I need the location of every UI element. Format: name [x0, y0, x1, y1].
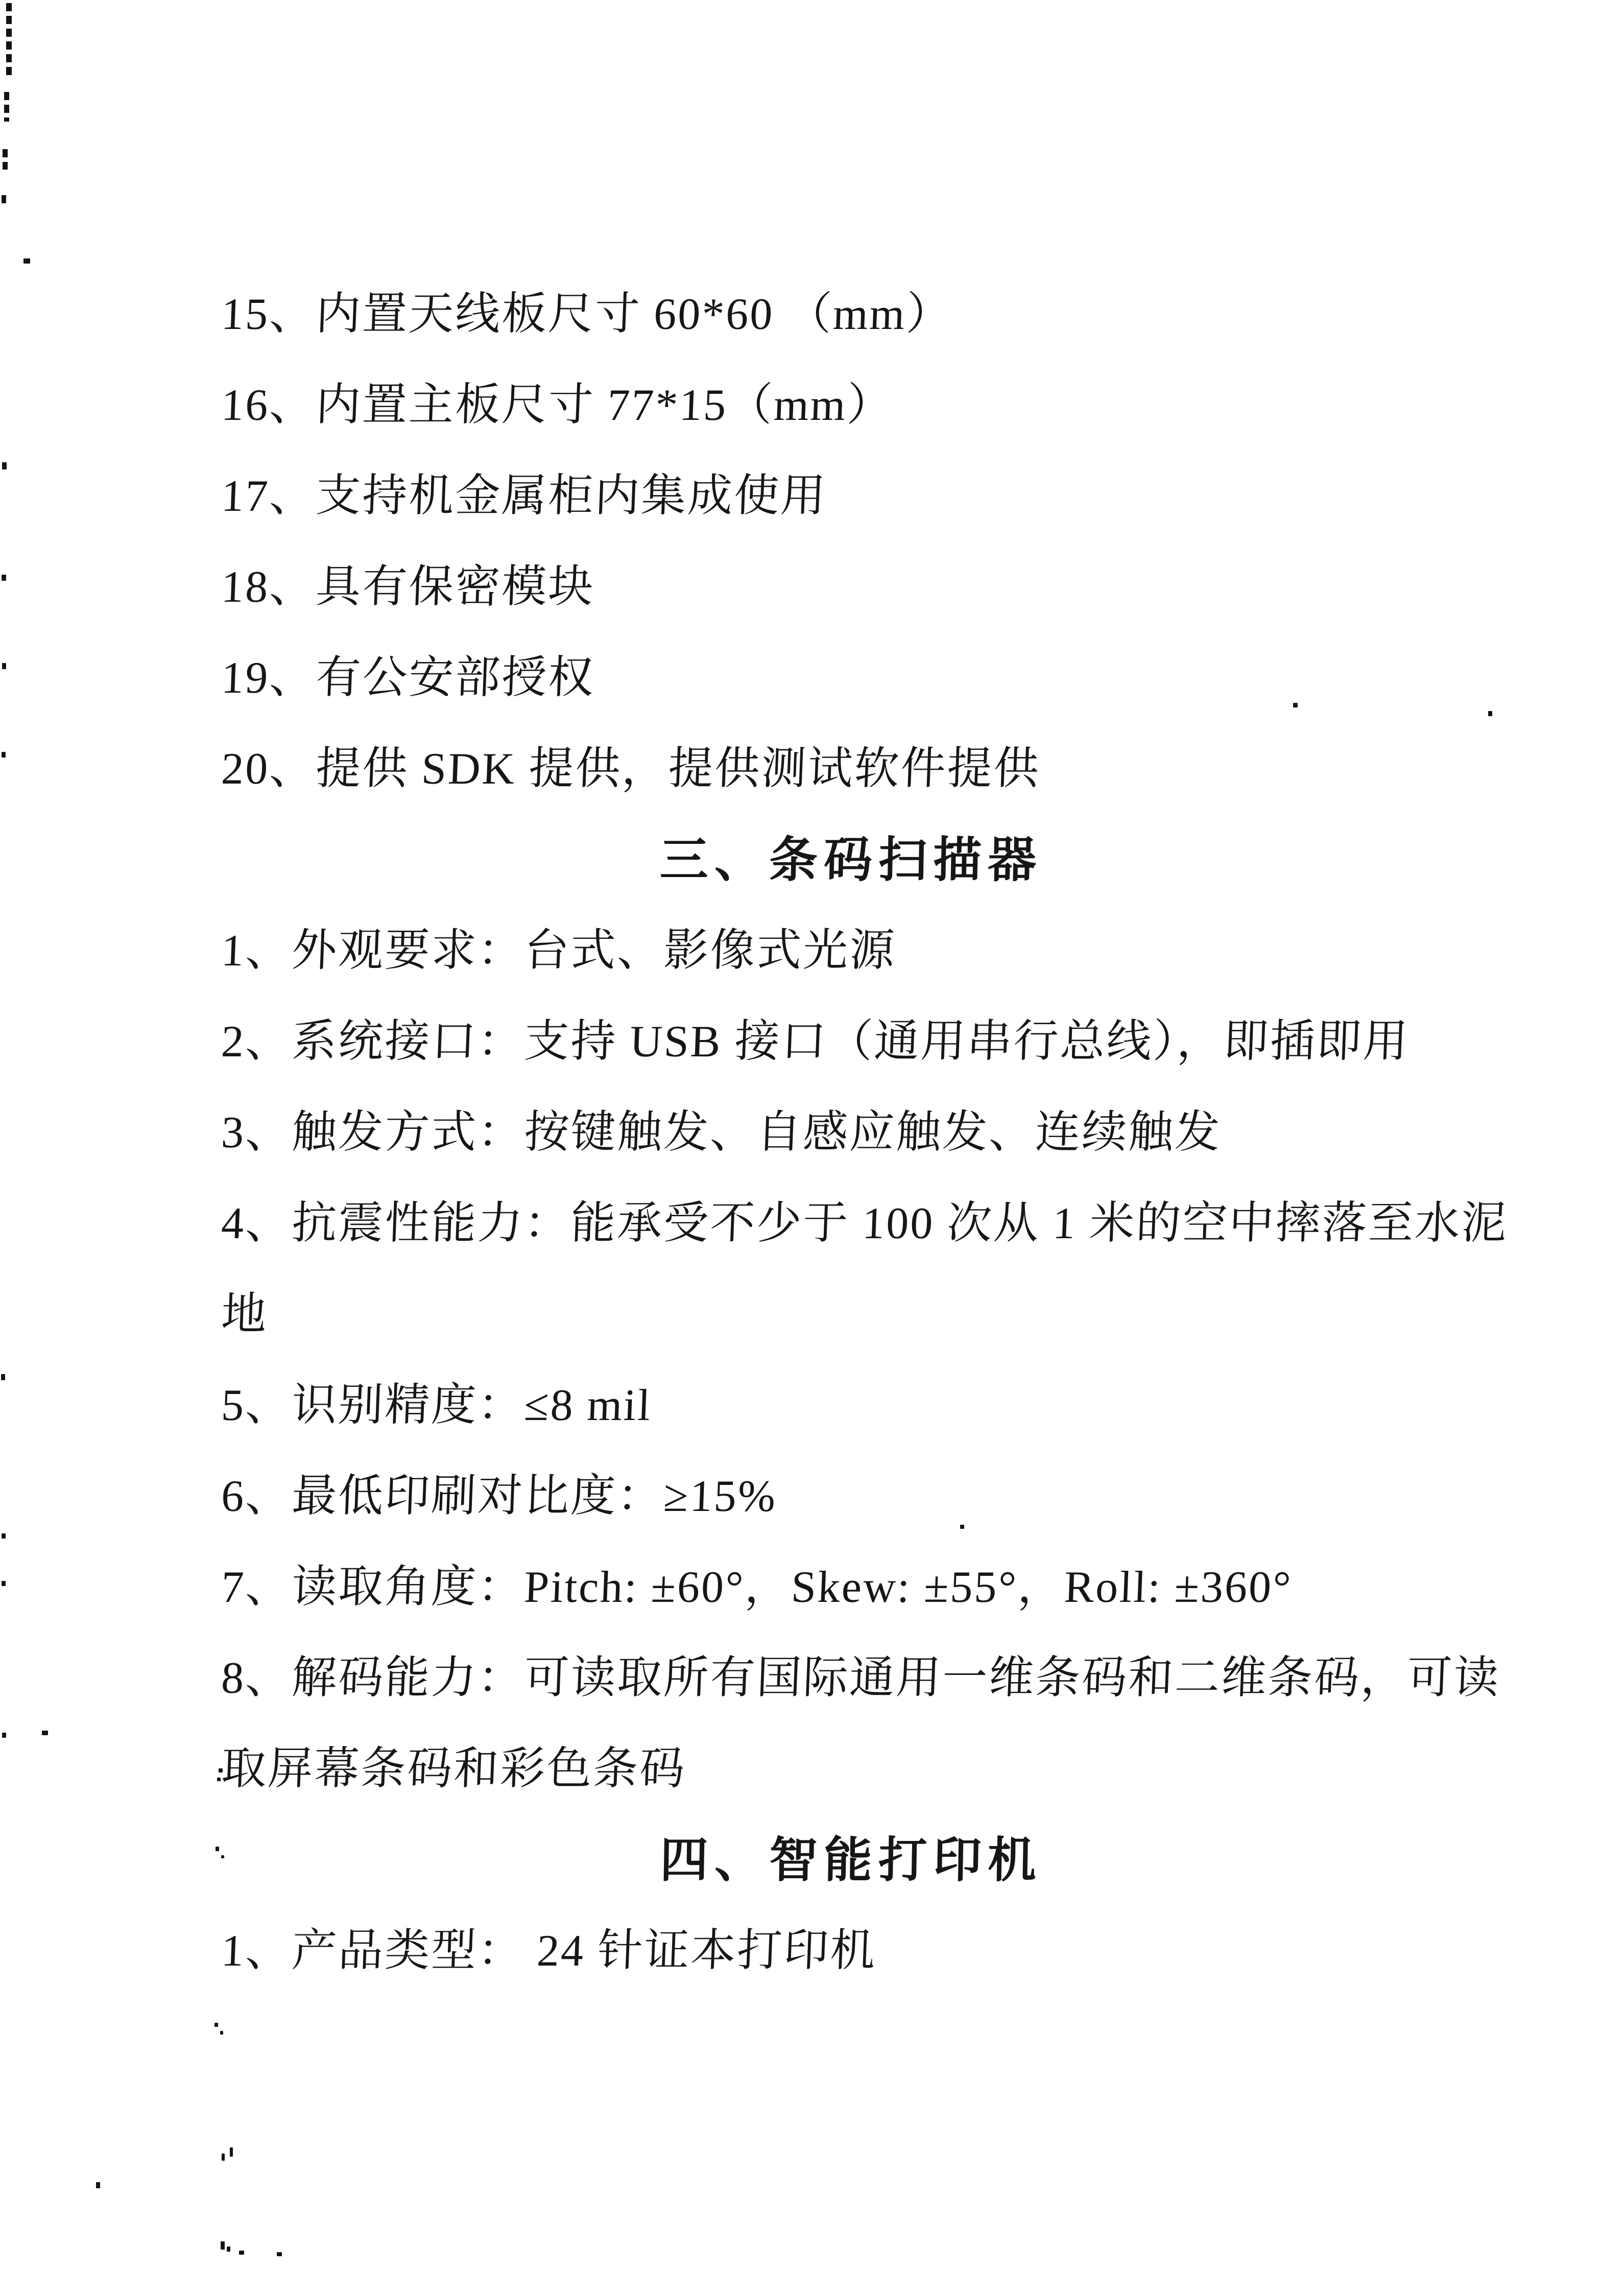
- spec-line-s3-6: 6、最低印刷对比度：≥15%: [220, 1451, 1485, 1542]
- scan-artifact-speck: [227, 2247, 230, 2252]
- spec-line-s3-8-continuation: 取屏幕条码和彩色条码: [220, 1724, 1485, 1815]
- spec-line-s3-4: 4、抗震性能力：能承受不少于 100 次从 1 米的空中摔落至水泥: [220, 1178, 1485, 1269]
- scan-artifact-speck: [2, 1733, 6, 1738]
- section-heading-3-barcode-scanner: 三、条码扫描器: [220, 815, 1483, 906]
- scan-artifact-speck: [2, 575, 6, 581]
- scan-artifact-speck: [23, 258, 30, 264]
- scan-artifact-speck: [216, 1847, 219, 1851]
- scan-artifact-speck: [230, 2147, 233, 2157]
- spec-line-s4-1: 1、产品类型： 24 针证本打印机: [220, 1906, 1485, 1997]
- scan-artifact-speck: [239, 2251, 244, 2255]
- scan-artifact-speck: [96, 2182, 100, 2188]
- scan-artifact-speck: [42, 1731, 48, 1735]
- spec-line-15: 15、内置天线板尺寸 60*60 （mm）: [220, 269, 1485, 360]
- scan-artifact-speck: [2, 752, 6, 758]
- scan-artifact-speck: [221, 2241, 225, 2250]
- scan-artifact-speck: [2, 462, 7, 469]
- scan-artifact-edge-strip: [6, 3, 12, 76]
- spec-line-17: 17、支持机金属柜内集成使用: [220, 451, 1485, 542]
- spec-line-s3-8: 8、解码能力：可读取所有国际通用一维条码和二维条码，可读: [220, 1633, 1485, 1724]
- spec-line-18: 18、具有保密模块: [220, 542, 1485, 633]
- spec-line-20: 20、提供 SDK 提供，提供测试软件提供: [220, 724, 1485, 815]
- scan-artifact-speck: [2, 663, 6, 669]
- scan-artifact-edge-strip: [3, 149, 8, 170]
- scan-artifact-speck: [1, 1374, 5, 1380]
- spec-line-16: 16、内置主板尺寸 77*15（mm）: [220, 360, 1485, 451]
- spec-line-s3-3: 3、触发方式：按键触发、自感应触发、连续触发: [220, 1088, 1485, 1178]
- scan-artifact-edge-strip: [4, 92, 9, 122]
- scan-artifact-edge-strip: [2, 195, 6, 206]
- spec-line-19: 19、有公安部授权: [220, 633, 1485, 724]
- scan-artifact-speck: [277, 2252, 282, 2256]
- spec-line-s3-1: 1、外观要求：台式、影像式光源: [220, 906, 1485, 997]
- scan-artifact-speck: [1488, 711, 1492, 716]
- spec-line-s3-4-continuation: 地: [220, 1269, 1485, 1360]
- scan-artifact-speck: [2, 1533, 6, 1539]
- spec-line-s3-2: 2、系统接口：支持 USB 接口（通用串行总线），即插即用: [220, 997, 1485, 1088]
- document-body: 15、内置天线板尺寸 60*60 （mm） 16、内置主板尺寸 77*15（mm…: [220, 0, 1481, 1997]
- section-heading-4-smart-printer: 四、智能打印机: [220, 1815, 1483, 1906]
- scan-artifact-speck: [222, 2154, 225, 2161]
- spec-line-s3-5: 5、识别精度：≤8 mil: [220, 1360, 1485, 1451]
- scan-artifact-speck: [220, 2031, 223, 2035]
- document-page: 15、内置天线板尺寸 60*60 （mm） 16、内置主板尺寸 77*15（mm…: [0, 0, 1624, 2293]
- scan-artifact-speck: [214, 2023, 218, 2027]
- scan-artifact-speck: [2, 1581, 6, 1586]
- spec-line-s3-7: 7、读取角度：Pitch: ±60°，Skew: ±55°，Roll: ±360…: [220, 1542, 1485, 1633]
